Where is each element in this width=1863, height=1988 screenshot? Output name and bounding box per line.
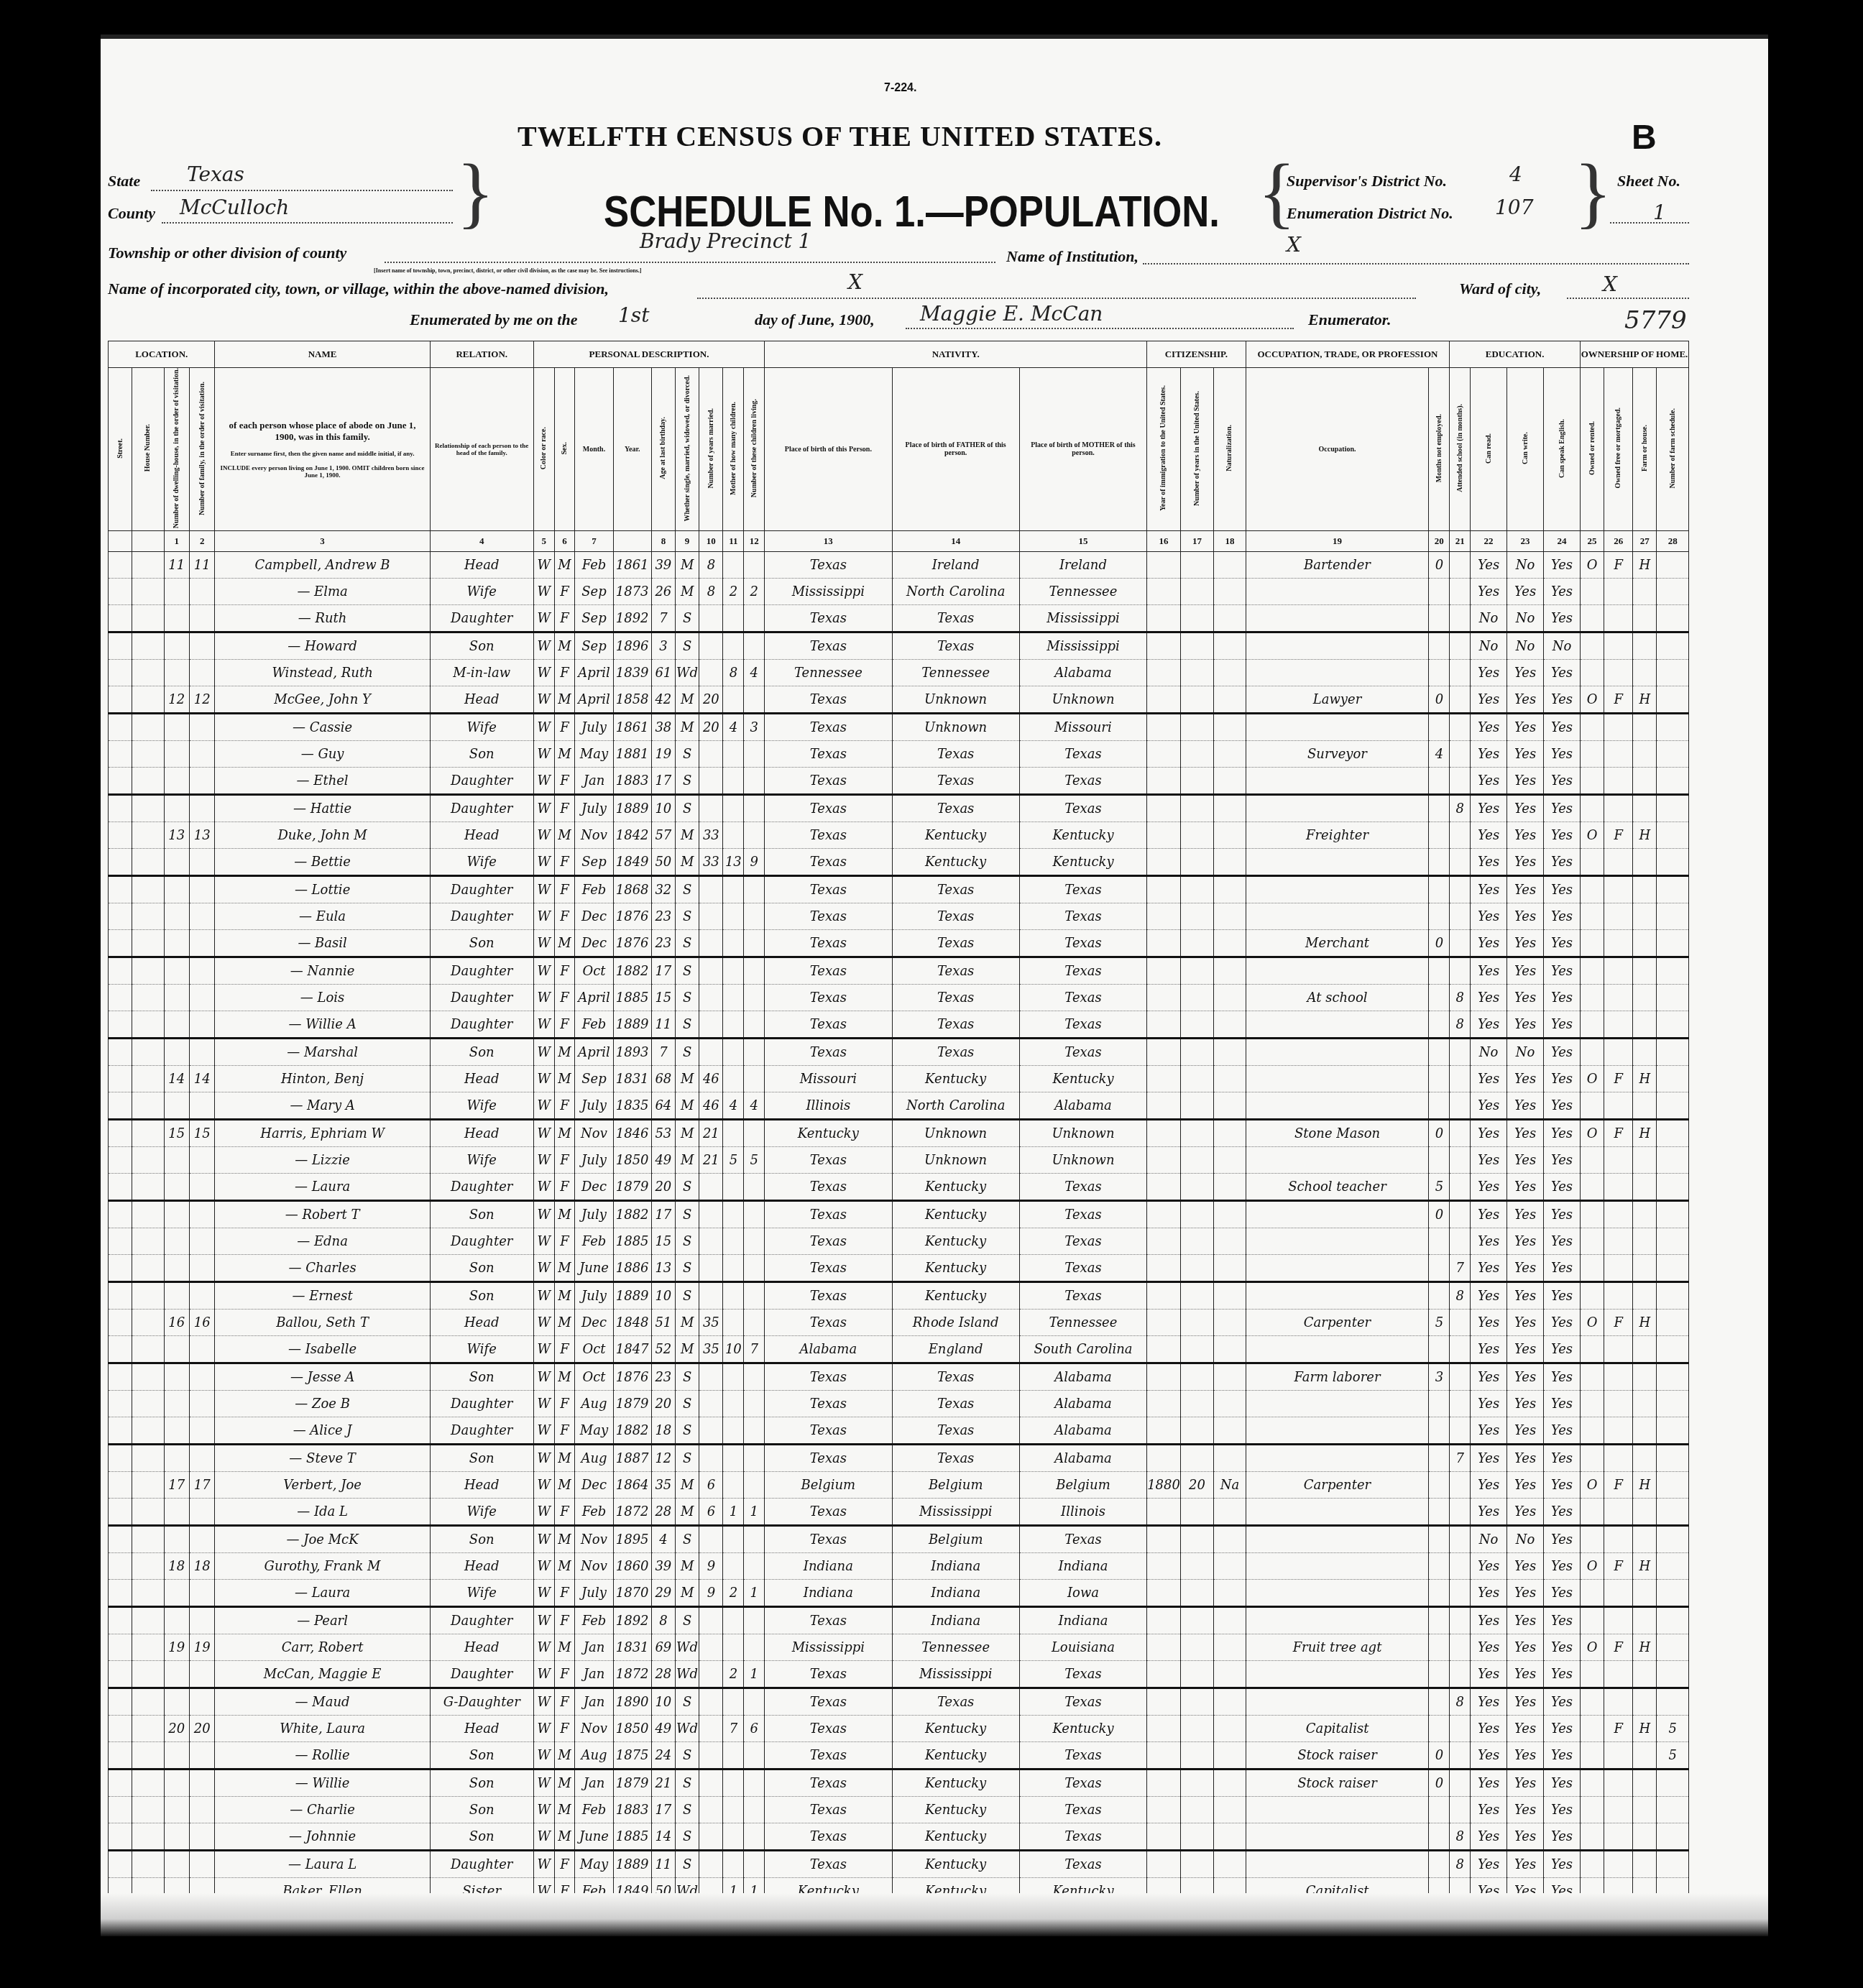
color: W bbox=[533, 1797, 554, 1823]
birth-month: Sep bbox=[575, 632, 613, 660]
owned-rented bbox=[1580, 1417, 1604, 1445]
can-speak-english: Yes bbox=[1544, 660, 1581, 686]
street bbox=[109, 1336, 132, 1363]
census-rows: 1111Campbell, Andrew BHeadWMFeb186139M8T… bbox=[109, 552, 1689, 1905]
naturalization bbox=[1214, 552, 1246, 579]
birth-year: 1885 bbox=[613, 985, 651, 1011]
sex: F bbox=[554, 1688, 575, 1716]
census-table: LOCATION. NAME RELATION. PERSONAL DESCRI… bbox=[108, 341, 1689, 1906]
owned-rented bbox=[1580, 1092, 1604, 1120]
mother-of bbox=[723, 1688, 744, 1716]
free-mortgaged bbox=[1604, 1445, 1633, 1472]
relation: Wife bbox=[430, 1147, 533, 1174]
mother-of bbox=[723, 632, 744, 660]
school-months bbox=[1450, 1526, 1471, 1553]
dwelling-number bbox=[164, 1770, 189, 1797]
family-number bbox=[190, 795, 215, 822]
birthplace-father: Mississippi bbox=[892, 1499, 1019, 1526]
naturalization bbox=[1214, 1526, 1246, 1553]
naturalization bbox=[1214, 632, 1246, 660]
immigration-year bbox=[1147, 1607, 1181, 1634]
can-read: Yes bbox=[1471, 1607, 1507, 1634]
house-number bbox=[132, 1445, 164, 1472]
years-married bbox=[699, 632, 723, 660]
marital-status: M bbox=[676, 1336, 699, 1363]
birth-year: 1879 bbox=[613, 1174, 651, 1201]
sex: F bbox=[554, 1417, 575, 1445]
can-write: Yes bbox=[1507, 1499, 1544, 1526]
birth-month: July bbox=[575, 714, 613, 741]
years-married bbox=[699, 957, 723, 985]
column-number: 10 bbox=[699, 531, 723, 552]
farm-schedule: 61 bbox=[1657, 822, 1689, 849]
years-in-us bbox=[1180, 1499, 1214, 1526]
years-in-us bbox=[1180, 1634, 1214, 1661]
birthplace-father: Kentucky bbox=[892, 1797, 1019, 1823]
can-write: Yes bbox=[1507, 795, 1544, 822]
naturalization bbox=[1214, 1201, 1246, 1228]
naturalization bbox=[1214, 1797, 1246, 1823]
years-married: 21 bbox=[699, 1147, 723, 1174]
immigration-year bbox=[1147, 714, 1181, 741]
family-number bbox=[190, 1742, 215, 1770]
marital-status: Wd bbox=[676, 1661, 699, 1688]
family-number bbox=[190, 1336, 215, 1363]
free-mortgaged bbox=[1604, 1823, 1633, 1851]
color: W bbox=[533, 741, 554, 768]
immigration-year bbox=[1147, 849, 1181, 876]
color: W bbox=[533, 552, 554, 579]
children-living bbox=[744, 1770, 765, 1797]
house-number bbox=[132, 957, 164, 985]
birth-year: 1850 bbox=[613, 1716, 651, 1742]
owned-rented bbox=[1580, 714, 1604, 741]
free-mortgaged bbox=[1604, 957, 1633, 985]
house-number bbox=[132, 1255, 164, 1282]
years-married bbox=[699, 660, 723, 686]
age: 17 bbox=[651, 957, 675, 985]
farm-house bbox=[1633, 1039, 1657, 1066]
children-living bbox=[744, 1201, 765, 1228]
street bbox=[109, 1742, 132, 1770]
marital-status: S bbox=[676, 1797, 699, 1823]
color: W bbox=[533, 1526, 554, 1553]
relation: Son bbox=[430, 1282, 533, 1310]
immigration-year bbox=[1147, 903, 1181, 930]
farm-schedule: 87 bbox=[1657, 1526, 1689, 1553]
children-living: 6 bbox=[744, 1716, 765, 1742]
farm-house: H bbox=[1633, 1553, 1657, 1580]
person-name: Hinton, Benj bbox=[215, 1066, 430, 1092]
column-number: 18 bbox=[1214, 531, 1246, 552]
birth-year: 1876 bbox=[613, 903, 651, 930]
birth-year: 1886 bbox=[613, 1255, 651, 1282]
birth-year: 1870 bbox=[613, 1580, 651, 1607]
marital-status: M bbox=[676, 552, 699, 579]
naturalization bbox=[1214, 1011, 1246, 1039]
owned-rented bbox=[1580, 660, 1604, 686]
immigration-year bbox=[1147, 1716, 1181, 1742]
immigration-year bbox=[1147, 1092, 1181, 1120]
free-mortgaged bbox=[1604, 741, 1633, 768]
family-number bbox=[190, 957, 215, 985]
owned-rented bbox=[1580, 1742, 1604, 1770]
dwelling-number bbox=[164, 957, 189, 985]
months-unemployed bbox=[1429, 579, 1450, 605]
birthplace-father: Belgium bbox=[892, 1526, 1019, 1553]
family-number bbox=[190, 768, 215, 795]
owned-rented bbox=[1580, 1607, 1604, 1634]
years-married: 35 bbox=[699, 1310, 723, 1336]
can-write: Yes bbox=[1507, 1391, 1544, 1417]
immigration-year bbox=[1147, 1580, 1181, 1607]
hdr-can-read: Can read. bbox=[1485, 433, 1493, 464]
can-speak-english: Yes bbox=[1544, 1499, 1581, 1526]
birthplace-person: Texas bbox=[765, 686, 892, 714]
farm-schedule: 62 bbox=[1657, 849, 1689, 876]
relation: Daughter bbox=[430, 903, 533, 930]
free-mortgaged bbox=[1604, 1770, 1633, 1797]
mother-of bbox=[723, 1472, 744, 1499]
house-number bbox=[132, 1201, 164, 1228]
mother-of bbox=[723, 1417, 744, 1445]
birthplace-father: Unknown bbox=[892, 714, 1019, 741]
can-speak-english: Yes bbox=[1544, 1716, 1581, 1742]
dwelling-number bbox=[164, 1688, 189, 1716]
birth-month: Dec bbox=[575, 903, 613, 930]
naturalization bbox=[1214, 1039, 1246, 1066]
house-number bbox=[132, 1228, 164, 1255]
months-unemployed: 5 bbox=[1429, 1310, 1450, 1336]
house-number bbox=[132, 903, 164, 930]
mother-of bbox=[723, 1120, 744, 1147]
children-living bbox=[744, 1120, 765, 1147]
children-living bbox=[744, 1039, 765, 1066]
can-write: Yes bbox=[1507, 1282, 1544, 1310]
school-months bbox=[1450, 1092, 1471, 1120]
dwelling-number bbox=[164, 579, 189, 605]
age: 50 bbox=[651, 849, 675, 876]
years-in-us bbox=[1180, 1201, 1214, 1228]
years-married: 8 bbox=[699, 579, 723, 605]
age: 17 bbox=[651, 1797, 675, 1823]
relation: Daughter bbox=[430, 1011, 533, 1039]
farm-schedule: 91 bbox=[1657, 1634, 1689, 1661]
house-number bbox=[132, 1851, 164, 1878]
family-number bbox=[190, 1417, 215, 1445]
birthplace-person: Texas bbox=[765, 1742, 892, 1770]
birth-month: Jan bbox=[575, 1770, 613, 1797]
years-in-us bbox=[1180, 930, 1214, 957]
free-mortgaged bbox=[1604, 579, 1633, 605]
dwelling-number bbox=[164, 930, 189, 957]
years-married bbox=[699, 1742, 723, 1770]
birth-month: Aug bbox=[575, 1742, 613, 1770]
marital-status: S bbox=[676, 1417, 699, 1445]
birthplace-father: North Carolina bbox=[892, 579, 1019, 605]
years-in-us bbox=[1180, 1797, 1214, 1823]
mother-of bbox=[723, 605, 744, 632]
months-unemployed bbox=[1429, 1147, 1450, 1174]
dwelling-number bbox=[164, 1228, 189, 1255]
children-living bbox=[744, 957, 765, 985]
farm-house bbox=[1633, 930, 1657, 957]
free-mortgaged: F bbox=[1604, 1634, 1633, 1661]
family-number bbox=[190, 1499, 215, 1526]
birth-year: 1879 bbox=[613, 1770, 651, 1797]
can-speak-english: Yes bbox=[1544, 1526, 1581, 1553]
occupation: Lawyer bbox=[1246, 686, 1429, 714]
children-living bbox=[744, 1363, 765, 1391]
column-number-row: 1234567891011121314151617181920212223242… bbox=[109, 531, 1689, 552]
street bbox=[109, 1797, 132, 1823]
children-living bbox=[744, 1310, 765, 1336]
farm-house: H bbox=[1633, 1716, 1657, 1742]
dwelling-number: 20 bbox=[164, 1716, 189, 1742]
school-months bbox=[1450, 632, 1471, 660]
street bbox=[109, 768, 132, 795]
years-in-us bbox=[1180, 1445, 1214, 1472]
birthplace-father: Kentucky bbox=[892, 822, 1019, 849]
years-married bbox=[699, 1417, 723, 1445]
birth-month: Nov bbox=[575, 822, 613, 849]
sex: F bbox=[554, 1228, 575, 1255]
birthplace-father: Unknown bbox=[892, 1120, 1019, 1147]
years-in-us bbox=[1180, 1770, 1214, 1797]
school-months bbox=[1450, 1580, 1471, 1607]
can-write: No bbox=[1507, 1039, 1544, 1066]
school-months bbox=[1450, 930, 1471, 957]
farm-schedule: 68 bbox=[1657, 1011, 1689, 1039]
census-row: — ErnestSonWMJuly188910STexasKentuckyTex… bbox=[109, 1282, 1689, 1310]
mother-of bbox=[723, 552, 744, 579]
census-row: — RollieSonWMAug187524STexasKentuckyTexa… bbox=[109, 1742, 1689, 1770]
column-number: 11 bbox=[723, 531, 744, 552]
can-write: Yes bbox=[1507, 849, 1544, 876]
census-row: 1111Campbell, Andrew BHeadWMFeb186139M8T… bbox=[109, 552, 1689, 579]
age: 13 bbox=[651, 1255, 675, 1282]
farm-schedule: 56 bbox=[1657, 686, 1689, 714]
can-read: Yes bbox=[1471, 1174, 1507, 1201]
immigration-year: 1880 bbox=[1147, 1472, 1181, 1499]
occupation bbox=[1246, 1336, 1429, 1363]
years-married bbox=[699, 1391, 723, 1417]
enumerator-name: Maggie E. McCan bbox=[920, 302, 1103, 326]
relation: Son bbox=[430, 1445, 533, 1472]
birthplace-mother: Texas bbox=[1019, 1282, 1146, 1310]
years-in-us bbox=[1180, 741, 1214, 768]
can-write: Yes bbox=[1507, 1228, 1544, 1255]
occupation: Merchant bbox=[1246, 930, 1429, 957]
months-unemployed bbox=[1429, 1092, 1450, 1120]
farm-schedule: 54 bbox=[1657, 632, 1689, 660]
can-speak-english: Yes bbox=[1544, 930, 1581, 957]
school-months: 8 bbox=[1450, 985, 1471, 1011]
birthplace-father: Tennessee bbox=[892, 660, 1019, 686]
birthplace-mother: Texas bbox=[1019, 795, 1146, 822]
birthplace-mother: Indiana bbox=[1019, 1553, 1146, 1580]
marital-status: S bbox=[676, 1255, 699, 1282]
birthplace-father: North Carolina bbox=[892, 1092, 1019, 1120]
street bbox=[109, 1851, 132, 1878]
months-unemployed: 4 bbox=[1429, 741, 1450, 768]
sex: F bbox=[554, 1716, 575, 1742]
naturalization bbox=[1214, 1688, 1246, 1716]
house-number bbox=[132, 1716, 164, 1742]
can-speak-english: Yes bbox=[1544, 1553, 1581, 1580]
house-number bbox=[132, 1092, 164, 1120]
birthplace-father: Texas bbox=[892, 985, 1019, 1011]
relation: Head bbox=[430, 1120, 533, 1147]
can-read: Yes bbox=[1471, 1553, 1507, 1580]
can-read: Yes bbox=[1471, 1797, 1507, 1823]
birth-month: Sep bbox=[575, 605, 613, 632]
children-living bbox=[744, 605, 765, 632]
birth-month: Jan bbox=[575, 1634, 613, 1661]
naturalization bbox=[1214, 1770, 1246, 1797]
naturalization bbox=[1214, 1363, 1246, 1391]
immigration-year bbox=[1147, 1823, 1181, 1851]
census-row: — Zoe BDaughterWFAug187920STexasTexasAla… bbox=[109, 1391, 1689, 1417]
years-married bbox=[699, 1039, 723, 1066]
owned-rented bbox=[1580, 1039, 1604, 1066]
farm-house bbox=[1633, 660, 1657, 686]
institution-line bbox=[1143, 263, 1689, 264]
years-married bbox=[699, 1851, 723, 1878]
can-read: Yes bbox=[1471, 1228, 1507, 1255]
can-read: Yes bbox=[1471, 1851, 1507, 1878]
birthplace-father: Kentucky bbox=[892, 1823, 1019, 1851]
relation: Daughter bbox=[430, 605, 533, 632]
can-write: Yes bbox=[1507, 1066, 1544, 1092]
marital-status: S bbox=[676, 1282, 699, 1310]
can-write: Yes bbox=[1507, 957, 1544, 985]
family-number bbox=[190, 903, 215, 930]
street bbox=[109, 1445, 132, 1472]
age: 51 bbox=[651, 1310, 675, 1336]
page-bottom-edge bbox=[101, 1893, 1768, 1936]
years-in-us bbox=[1180, 1066, 1214, 1092]
occupation bbox=[1246, 1823, 1429, 1851]
months-unemployed bbox=[1429, 1716, 1450, 1742]
birth-year: 1881 bbox=[613, 741, 651, 768]
house-number bbox=[132, 1688, 164, 1716]
can-write: No bbox=[1507, 632, 1544, 660]
school-months: 7 bbox=[1450, 1445, 1471, 1472]
children-living bbox=[744, 552, 765, 579]
occupation: Freighter bbox=[1246, 822, 1429, 849]
years-in-us bbox=[1180, 605, 1214, 632]
free-mortgaged: F bbox=[1604, 1553, 1633, 1580]
age: 21 bbox=[651, 1770, 675, 1797]
birth-month: May bbox=[575, 741, 613, 768]
mother-of bbox=[723, 1742, 744, 1770]
census-row: 1717Verbert, JoeHeadWMDec186435M6Belgium… bbox=[109, 1472, 1689, 1499]
birth-year: 1835 bbox=[613, 1092, 651, 1120]
color: W bbox=[533, 1011, 554, 1039]
mother-of bbox=[723, 1174, 744, 1201]
years-married bbox=[699, 876, 723, 903]
farm-schedule: 57 bbox=[1657, 714, 1689, 741]
relation: Head bbox=[430, 1472, 533, 1499]
mother-of bbox=[723, 957, 744, 985]
sheet-label: Sheet No. bbox=[1617, 172, 1680, 190]
birthplace-person: Texas bbox=[765, 1770, 892, 1797]
can-write: No bbox=[1507, 552, 1544, 579]
can-read: Yes bbox=[1471, 741, 1507, 768]
age: 19 bbox=[651, 741, 675, 768]
farm-house bbox=[1633, 579, 1657, 605]
birthplace-mother: Alabama bbox=[1019, 1417, 1146, 1445]
years-married bbox=[699, 1823, 723, 1851]
farm-house bbox=[1633, 1823, 1657, 1851]
owned-rented bbox=[1580, 849, 1604, 876]
months-unemployed bbox=[1429, 1526, 1450, 1553]
birthplace-father: Texas bbox=[892, 632, 1019, 660]
column-number: 6 bbox=[554, 531, 575, 552]
school-months: 8 bbox=[1450, 795, 1471, 822]
family-number bbox=[190, 1770, 215, 1797]
age: 39 bbox=[651, 552, 675, 579]
house-number bbox=[132, 632, 164, 660]
years-married bbox=[699, 1228, 723, 1255]
can-write: Yes bbox=[1507, 1120, 1544, 1147]
immigration-year bbox=[1147, 1526, 1181, 1553]
years-married bbox=[699, 1255, 723, 1282]
street bbox=[109, 1201, 132, 1228]
relation: G-Daughter bbox=[430, 1688, 533, 1716]
farm-house bbox=[1633, 795, 1657, 822]
marital-status: M bbox=[676, 1580, 699, 1607]
birthplace-mother: Texas bbox=[1019, 1797, 1146, 1823]
marital-status: S bbox=[676, 605, 699, 632]
can-write: Yes bbox=[1507, 1634, 1544, 1661]
hdr-name-instr1: Enter surname first, then the given name… bbox=[219, 450, 425, 457]
birthplace-mother: Texas bbox=[1019, 1770, 1146, 1797]
house-number bbox=[132, 714, 164, 741]
birth-year: 1848 bbox=[613, 1310, 651, 1336]
can-write: Yes bbox=[1507, 1201, 1544, 1228]
age: 52 bbox=[651, 1336, 675, 1363]
school-months bbox=[1450, 768, 1471, 795]
owned-rented bbox=[1580, 1201, 1604, 1228]
birthplace-mother: Texas bbox=[1019, 1742, 1146, 1770]
person-name: — Ruth bbox=[215, 605, 430, 632]
birthplace-mother: Kentucky bbox=[1019, 1066, 1146, 1092]
color: W bbox=[533, 1417, 554, 1445]
marital-status: M bbox=[676, 849, 699, 876]
free-mortgaged bbox=[1604, 1255, 1633, 1282]
house-number bbox=[132, 1363, 164, 1391]
farm-schedule: 55 bbox=[1657, 660, 1689, 686]
can-read: Yes bbox=[1471, 1580, 1507, 1607]
census-row: 1616Ballou, Seth THeadWMDec184851M35Texa… bbox=[109, 1310, 1689, 1336]
dwelling-number: 16 bbox=[164, 1310, 189, 1336]
birthplace-person: Texas bbox=[765, 1607, 892, 1634]
birth-month: Oct bbox=[575, 1336, 613, 1363]
farm-house: H bbox=[1633, 1120, 1657, 1147]
farm-house bbox=[1633, 1174, 1657, 1201]
mother-of bbox=[723, 1797, 744, 1823]
birth-year: 1883 bbox=[613, 1797, 651, 1823]
sex: F bbox=[554, 1011, 575, 1039]
house-number bbox=[132, 1472, 164, 1499]
person-name: — Pearl bbox=[215, 1607, 430, 1634]
naturalization bbox=[1214, 768, 1246, 795]
street bbox=[109, 605, 132, 632]
can-write: Yes bbox=[1507, 1092, 1544, 1120]
birth-year: 1831 bbox=[613, 1066, 651, 1092]
